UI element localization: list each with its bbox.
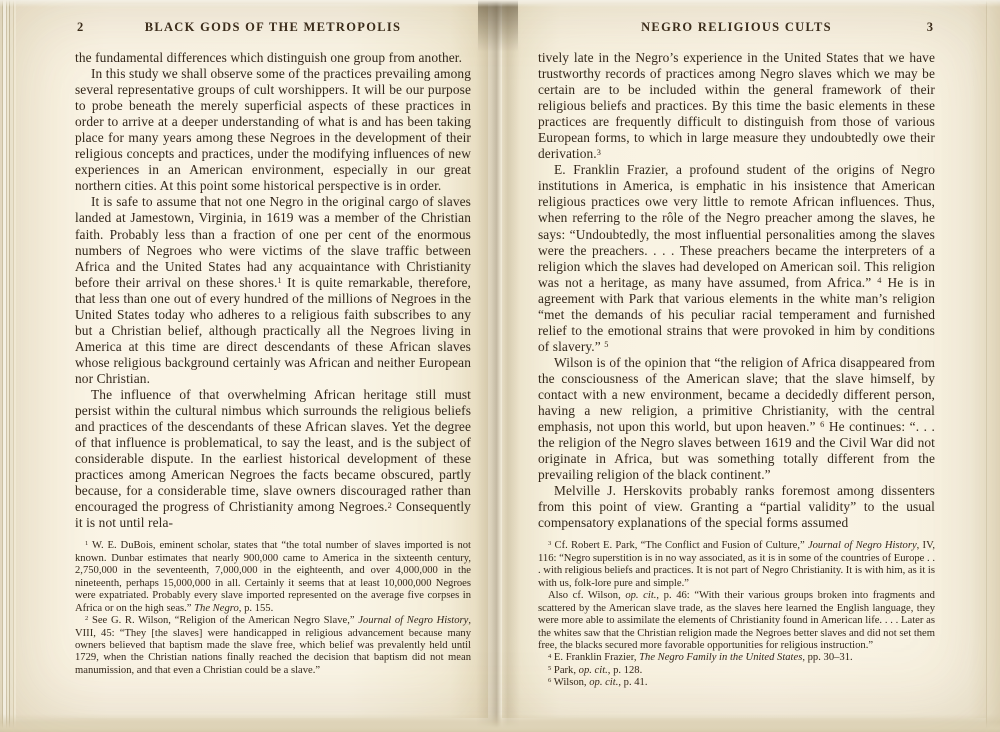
running-header: NEGRO RELIGIOUS CULTS xyxy=(641,20,832,34)
left-page-header: 2 BLACK GODS OF THE METROPOLIS xyxy=(75,20,471,38)
text-run: , p. 41. xyxy=(618,677,647,688)
paragraph: 6 Wilson, op. cit., p. 41. xyxy=(538,677,935,689)
paragraph: Melville J. Herskovits probably ranks fo… xyxy=(538,483,935,531)
footnote-ref: 1 xyxy=(277,276,281,285)
book-spread-photo: 2 BLACK GODS OF THE METROPOLIS the funda… xyxy=(0,0,1000,732)
paragraph: The influence of that overwhelming Afric… xyxy=(75,387,471,531)
text-run: Also cf. Wilson, xyxy=(548,590,625,601)
book-spine-gutter xyxy=(476,0,520,732)
paragraph: In this study we shall observe some of t… xyxy=(75,66,471,194)
footnote-ref: 5 xyxy=(548,665,551,672)
footnote-ref: 6 xyxy=(548,677,551,684)
page-edges-right xyxy=(986,0,1000,732)
paragraph: tively late in the Negro’s experience in… xyxy=(538,50,935,162)
footnote-ref: 2 xyxy=(388,501,392,510)
text-run: Cf. Robert E. Park, “The Conflict and Fu… xyxy=(551,540,808,551)
footnote-ref: 3 xyxy=(597,148,601,157)
footnote-ref: 4 xyxy=(548,653,551,660)
footnote-ref: 2 xyxy=(85,615,88,622)
text-run: Journal of Negro History xyxy=(808,540,917,551)
text-run: the fundamental differences which distin… xyxy=(75,50,462,65)
text-run: op. cit. xyxy=(589,677,618,688)
paragraph: It is safe to assume that not one Negro … xyxy=(75,194,471,387)
footnote-ref: 4 xyxy=(877,276,881,285)
page-number: 2 xyxy=(77,20,83,35)
page-number: 3 xyxy=(927,20,933,35)
text-run: , pp. 30–31. xyxy=(802,652,852,663)
paragraph: E. Franklin Frazier, a profound student … xyxy=(538,162,935,355)
text-run: Journal of Negro History xyxy=(358,615,468,626)
paragraph: the fundamental differences which distin… xyxy=(75,50,471,66)
left-page-body: the fundamental differences which distin… xyxy=(75,50,471,531)
footnote-ref: 1 xyxy=(85,540,88,547)
left-page-footnotes: 1 W. E. DuBois, eminent scholar, states … xyxy=(75,540,471,677)
footnote-ref: 3 xyxy=(548,540,551,547)
right-page-content: NEGRO RELIGIOUS CULTS 3 tively late in t… xyxy=(538,20,935,690)
page-edges-left xyxy=(0,0,16,732)
paragraph: Wilson is of the opinion that “the relig… xyxy=(538,355,935,483)
text-run: , p. 128. xyxy=(608,665,642,676)
paragraph: 2 See G. R. Wilson, “Religion of the Ame… xyxy=(75,615,471,677)
text-run: op. cit. xyxy=(625,590,656,601)
text-run: E. Franklin Frazier, xyxy=(551,652,639,663)
text-run: It is quite remarkable, therefore, that … xyxy=(75,275,471,386)
running-header: BLACK GODS OF THE METROPOLIS xyxy=(145,20,402,34)
paragraph: 5 Park, op. cit., p. 128. xyxy=(538,665,935,677)
text-run: Melville J. Herskovits probably ranks fo… xyxy=(538,483,935,530)
text-run: E. Franklin Frazier, a profound student … xyxy=(538,162,935,289)
text-run: Wilson, xyxy=(551,677,589,688)
paragraph: 4 E. Franklin Frazier, The Negro Family … xyxy=(538,652,935,664)
right-page-body: tively late in the Negro’s experience in… xyxy=(538,50,935,531)
text-run: , p. 155. xyxy=(239,603,273,614)
right-page-header: NEGRO RELIGIOUS CULTS 3 xyxy=(538,20,935,38)
footnote-ref: 6 xyxy=(820,420,824,429)
text-run: op. cit. xyxy=(579,665,608,676)
book-spine-shadow xyxy=(478,0,518,52)
text-run: The Negro xyxy=(194,603,239,614)
text-run: The influence of that overwhelming Afric… xyxy=(75,387,471,514)
page-edges-top xyxy=(0,0,1000,7)
right-page-footnotes: 3 Cf. Robert E. Park, “The Conflict and … xyxy=(538,540,935,689)
left-page-content: 2 BLACK GODS OF THE METROPOLIS the funda… xyxy=(75,20,471,677)
text-run: tively late in the Negro’s experience in… xyxy=(538,50,935,161)
page-edges-bottom xyxy=(0,714,1000,732)
footnote-ref: 5 xyxy=(604,340,608,349)
text-run: The Negro Family in the United States xyxy=(639,652,802,663)
text-run: In this study we shall observe some of t… xyxy=(75,66,471,193)
paragraph: Also cf. Wilson, op. cit., p. 46: “With … xyxy=(538,590,935,652)
text-run: Park, xyxy=(551,665,578,676)
paragraph: 3 Cf. Robert E. Park, “The Conflict and … xyxy=(538,540,935,590)
text-run: See G. R. Wilson, “Religion of the Ameri… xyxy=(88,615,358,626)
paragraph: 1 W. E. DuBois, eminent scholar, states … xyxy=(75,540,471,615)
